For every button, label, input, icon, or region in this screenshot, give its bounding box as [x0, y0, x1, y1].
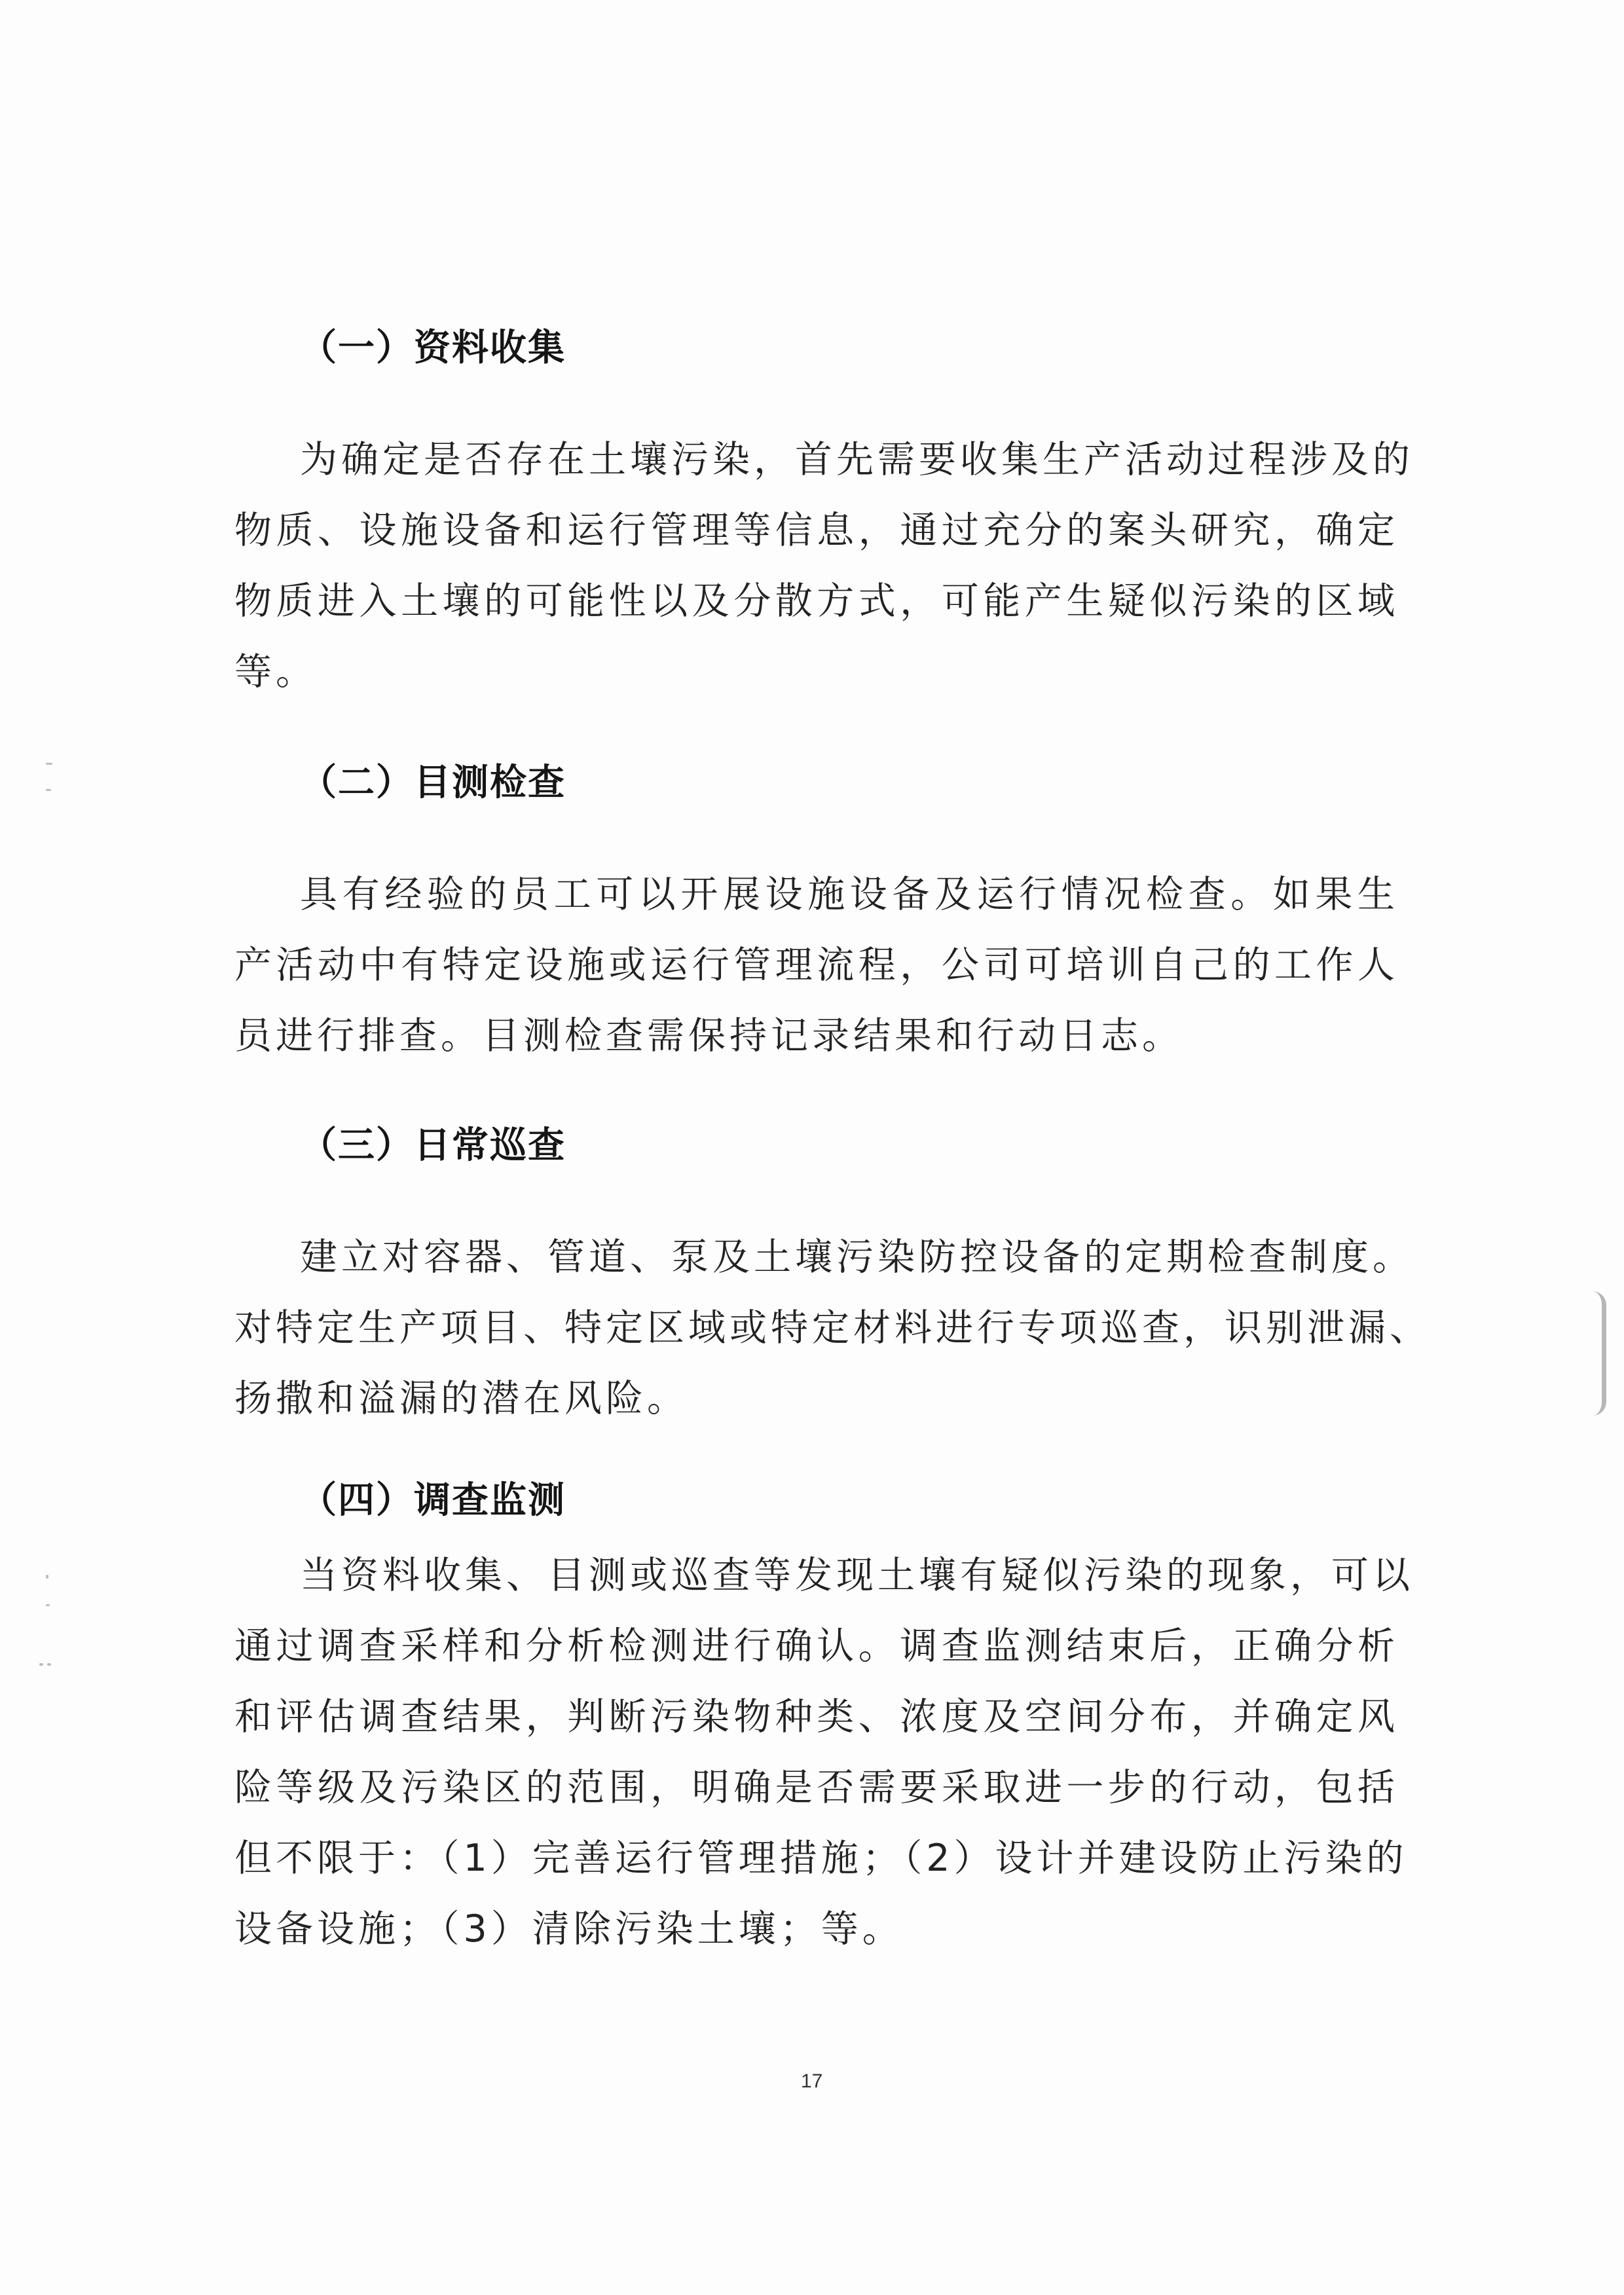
paragraph-line: 当资料收集、目测或巡查等发现土壤有疑似污染的现象，可以	[234, 1540, 1399, 1611]
paragraph-line: 建立对容器、管道、泵及土壤污染防控设备的定期检查制度。	[234, 1222, 1399, 1293]
paragraph-line: 产活动中有特定设施或运行管理流程，公司可培训自己的工作人	[234, 930, 1399, 1001]
section-heading: （一）资料收集	[234, 313, 1399, 384]
paragraph-line: 物质、设施设备和运行管理等信息，通过充分的案头研究，确定	[234, 495, 1399, 566]
paragraph-line: 和评估调查结果，判断污染物种类、浓度及空间分布，并确定风	[234, 1681, 1399, 1752]
paragraph-line: 设备设施；（3）清除污染土壤；等。	[234, 1894, 1399, 1964]
binding-mark	[1593, 1291, 1606, 1416]
section-routine-patrol: （三）日常巡查 建立对容器、管道、泵及土壤污染防控设备的定期检查制度。 对特定生…	[234, 1111, 1399, 1434]
scan-speck	[46, 763, 52, 765]
paragraph-line: 对特定生产项目、特定区域或特定材料进行专项巡查，识别泄漏、	[234, 1293, 1399, 1363]
paragraph-line: 险等级及污染区的范围，明确是否需要采取进一步的行动，包括	[234, 1752, 1399, 1823]
scan-speck	[47, 1663, 51, 1666]
section-heading: （二）目测检查	[234, 748, 1399, 818]
section-paragraph: 为确定是否存在土壤污染，首先需要收集生产活动过程涉及的 物质、设施设备和运行管理…	[234, 424, 1399, 707]
section-paragraph: 具有经验的员工可以开展设施设备及运行情况检查。如果生 产活动中有特定设施或运行管…	[234, 859, 1399, 1071]
document-page: （一）资料收集 为确定是否存在土壤污染，首先需要收集生产活动过程涉及的 物质、设…	[0, 0, 1624, 2295]
paragraph-line: 物质进入土壤的可能性以及分散方式，可能产生疑似污染的区域	[234, 566, 1399, 636]
section-heading: （三）日常巡查	[234, 1111, 1399, 1181]
scan-speck	[46, 1604, 50, 1606]
paragraph-line: 等。	[234, 636, 1399, 707]
section-data-collection: （一）资料收集 为确定是否存在土壤污染，首先需要收集生产活动过程涉及的 物质、设…	[234, 313, 1399, 707]
section-heading: （四）调查监测	[234, 1465, 1399, 1536]
page-number: 17	[801, 2070, 822, 2093]
paragraph-line: 具有经验的员工可以开展设施设备及运行情况检查。如果生	[234, 859, 1399, 930]
paragraph-line: 但不限于：（1）完善运行管理措施；（2）设计并建设防止污染的	[234, 1823, 1399, 1894]
section-investigation-monitoring: （四）调查监测 当资料收集、目测或巡查等发现土壤有疑似污染的现象，可以 通过调查…	[234, 1465, 1399, 1964]
scan-speck	[46, 1575, 48, 1579]
section-visual-inspection: （二）目测检查 具有经验的员工可以开展设施设备及运行情况检查。如果生 产活动中有…	[234, 748, 1399, 1071]
paragraph-line: 扬撒和溢漏的潜在风险。	[234, 1363, 1399, 1434]
paragraph-line: 员进行排查。目测检查需保持记录结果和行动日志。	[234, 1001, 1399, 1071]
document-body: （一）资料收集 为确定是否存在土壤污染，首先需要收集生产活动过程涉及的 物质、设…	[234, 313, 1399, 1964]
scan-speck	[39, 1663, 43, 1666]
paragraph-line: 通过调查采样和分析检测进行确认。调查监测结束后，正确分析	[234, 1611, 1399, 1681]
scan-speck	[46, 789, 51, 791]
paragraph-line: 为确定是否存在土壤污染，首先需要收集生产活动过程涉及的	[234, 424, 1399, 495]
section-paragraph: 当资料收集、目测或巡查等发现土壤有疑似污染的现象，可以 通过调查采样和分析检测进…	[234, 1540, 1399, 1964]
section-paragraph: 建立对容器、管道、泵及土壤污染防控设备的定期检查制度。 对特定生产项目、特定区域…	[234, 1222, 1399, 1434]
